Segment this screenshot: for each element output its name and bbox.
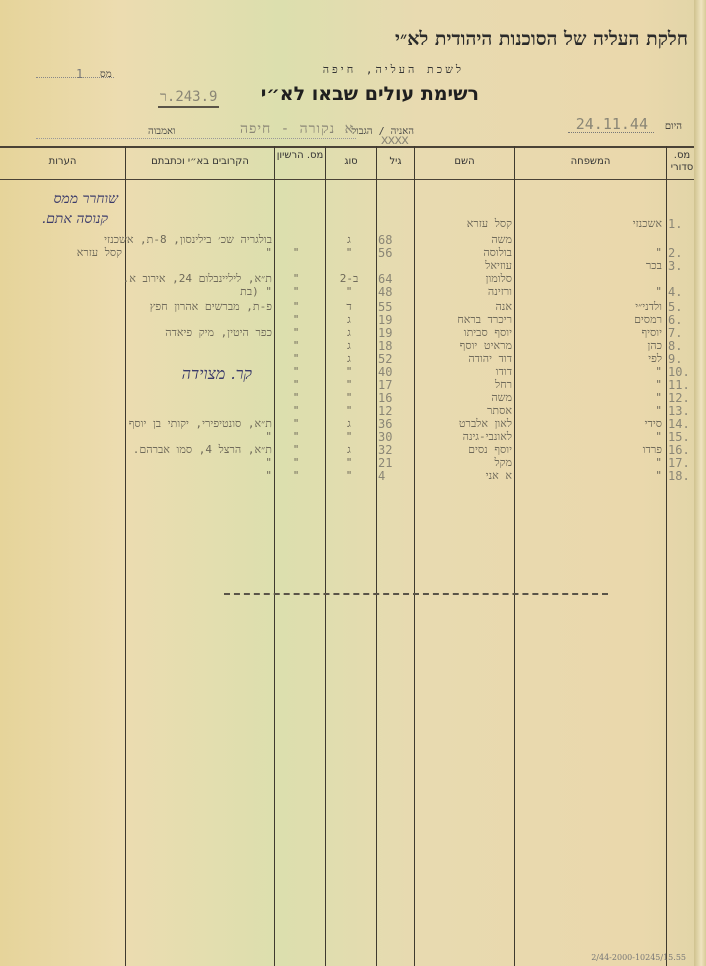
- cell-relatives: כפר היטין, מיק פיאדה: [80, 327, 272, 339]
- cell-serial: 12.: [668, 392, 696, 404]
- cell-license: ": [276, 379, 316, 391]
- cell-age: 55: [378, 301, 408, 313]
- cell-serial: 8.: [668, 340, 696, 352]
- col-divider: [514, 146, 515, 966]
- cell-family: רמסים: [516, 314, 662, 326]
- cell-age: 68: [378, 234, 408, 246]
- cell-age: 18: [378, 340, 408, 352]
- cell-family: סידי: [516, 418, 662, 430]
- cell-license: ": [276, 366, 316, 378]
- cell-age: 48: [378, 286, 408, 298]
- cell-name: לאון אלברט: [418, 418, 512, 430]
- cell-name: דוד יהודה: [418, 353, 512, 365]
- cell-name: אסתר: [418, 405, 512, 417]
- cell-family: ": [516, 405, 662, 417]
- cell-age: 4: [378, 470, 408, 482]
- cell-name: יוסף נסים: [418, 444, 512, 456]
- cell-type: ב-2: [327, 273, 371, 285]
- cell-name: בולוסה: [418, 247, 512, 259]
- cell-age: 19: [378, 327, 408, 339]
- port-value: א נקורה - חיפה: [240, 121, 354, 138]
- cell-relatives: ת״א, ליליינבלום 24, אירוב א.: [80, 273, 272, 285]
- cell-name: א אני: [418, 470, 512, 482]
- table-header-border: [0, 179, 696, 180]
- cell-name: משה: [418, 234, 512, 246]
- col-divider: [274, 146, 275, 966]
- cell-name: מקל: [418, 457, 512, 469]
- cell-age: 16: [378, 392, 408, 404]
- cell-name: מראיט יוסף: [418, 340, 512, 352]
- cell-serial: 16.: [668, 444, 696, 456]
- cell-license: ": [276, 392, 316, 404]
- cell-family: לפי: [516, 353, 662, 365]
- header-age: גיל: [377, 156, 414, 168]
- archive-code: 2/44-2000-10245/15.55: [591, 953, 686, 962]
- list-number-value: 1: [76, 67, 83, 81]
- cell-name: לאונבי-גינה: [418, 431, 512, 443]
- cell-serial: 17.: [668, 457, 696, 469]
- cell-license: ": [276, 457, 316, 469]
- end-of-list-line: [224, 593, 608, 595]
- header-family: המשפחה: [515, 156, 666, 168]
- header-name: השם: [415, 156, 514, 168]
- table-top-border: [0, 146, 696, 148]
- cell-license: ": [276, 444, 316, 456]
- cell-family: ": [516, 247, 662, 259]
- cell-license: ": [276, 340, 316, 352]
- header-license: מס. הרשיון: [275, 150, 325, 162]
- cell-family: ": [516, 457, 662, 469]
- col-divider: [325, 146, 326, 966]
- cell-license: ": [276, 431, 316, 443]
- cell-relatives: ": [80, 470, 272, 482]
- cell-name: ורזינה: [418, 286, 512, 298]
- cell-name: עוזיאל: [418, 260, 512, 272]
- list-number-label: מס: [100, 69, 112, 80]
- cell-relatives: פ-ת, מברשים אהרון חפץ: [80, 301, 272, 313]
- document-page: חלקת העליה של הסוכנות היהודית לא״י לשכת …: [0, 0, 696, 966]
- cell-type: ג: [327, 234, 371, 246]
- cell-family: ולדני״י: [516, 301, 662, 313]
- cell-name: קסל עזרא: [418, 218, 512, 230]
- cell-serial: 6.: [668, 314, 696, 326]
- cell-family: ": [516, 392, 662, 404]
- handwritten-note-kibbutz: קר. מצוידה: [182, 364, 252, 384]
- cell-type: ": [327, 405, 371, 417]
- cell-age: 40: [378, 366, 408, 378]
- cell-relatives: ": [80, 431, 272, 443]
- cell-age: 17: [378, 379, 408, 391]
- cell-serial: 2.: [668, 247, 696, 259]
- cell-family: ": [516, 366, 662, 378]
- cell-serial: 5.: [668, 301, 696, 313]
- cell-license: ": [276, 273, 316, 285]
- page-binding-edge: [694, 0, 706, 966]
- cell-notes: קסל עזרא: [2, 247, 122, 259]
- cell-type: ג: [327, 353, 371, 365]
- cell-name: רחל: [418, 379, 512, 391]
- immigrants-table: מס. סדורי המשפחה השם גיל סוג מס. הרשיון …: [0, 146, 696, 966]
- handwritten-note-line1: שוחרר ממס: [53, 191, 118, 208]
- document-title: רשימת עולים שבאו לא״י: [261, 83, 479, 105]
- cell-serial: 11.: [668, 379, 696, 391]
- cell-age: 30: [378, 431, 408, 443]
- cell-license: ": [276, 470, 316, 482]
- cell-type: ": [327, 392, 371, 404]
- header-serial: מס. סדורי: [667, 150, 697, 174]
- header-relatives: הקרובים בא״י וכתבתם: [126, 156, 274, 168]
- cell-family: ": [516, 286, 662, 298]
- ship-underline: [36, 138, 356, 139]
- header-type: סוג: [326, 156, 376, 168]
- cell-type: ג: [327, 444, 371, 456]
- cell-serial: 13.: [668, 405, 696, 417]
- cell-serial: 1.: [668, 218, 696, 230]
- cell-age: 56: [378, 247, 408, 259]
- cell-relatives: בולגריה שכ׳ בילינסון, 8-ת, אשכנזי: [80, 234, 272, 246]
- col-divider: [666, 146, 667, 966]
- cell-family: פרדו: [516, 444, 662, 456]
- cell-name: סלומון: [418, 273, 512, 285]
- cell-family: כהן: [516, 340, 662, 352]
- cell-relatives: ת״א, סונטיפירי, יקותי בן יוסף: [80, 418, 272, 430]
- cell-license: ": [276, 353, 316, 365]
- cell-type: ": [327, 366, 371, 378]
- cell-serial: 10.: [668, 366, 696, 378]
- cell-age: 21: [378, 457, 408, 469]
- cell-serial: 15.: [668, 431, 696, 443]
- cell-serial: 14.: [668, 418, 696, 430]
- cell-license: ": [276, 314, 316, 326]
- date-value: 24.11.44: [576, 115, 648, 133]
- cell-license: ": [276, 286, 316, 298]
- col-divider: [414, 146, 415, 966]
- cell-license: ": [276, 418, 316, 430]
- cell-age: 64: [378, 273, 408, 285]
- cell-relatives: ": [80, 457, 272, 469]
- cell-age: 32: [378, 444, 408, 456]
- reference-number: 243.9.ר: [158, 89, 219, 108]
- cell-relatives: " (בת: [80, 286, 272, 298]
- cell-type: ג: [327, 418, 371, 430]
- cell-serial: 3.: [668, 260, 696, 272]
- cell-family: יוסיף: [516, 327, 662, 339]
- cell-age: 36: [378, 418, 408, 430]
- cell-license: ": [276, 247, 316, 259]
- cell-type: ג: [327, 314, 371, 326]
- cell-type: ג: [327, 327, 371, 339]
- col-divider: [125, 146, 126, 966]
- date-underline: [568, 132, 654, 133]
- cell-serial: 4.: [668, 286, 696, 298]
- cell-age: 52: [378, 353, 408, 365]
- cell-family: בכר: [516, 260, 662, 272]
- cell-serial: 7.: [668, 327, 696, 339]
- ship-label: ואמבוה: [148, 126, 176, 137]
- col-divider: [376, 146, 377, 966]
- header-notes: הערות: [0, 156, 125, 168]
- cell-type: ": [327, 247, 371, 259]
- cell-type: ": [327, 457, 371, 469]
- cell-name: דודו: [418, 366, 512, 378]
- cell-age: 12: [378, 405, 408, 417]
- cell-age: 19: [378, 314, 408, 326]
- cell-serial: 18.: [668, 470, 696, 482]
- date-label: היום: [665, 121, 682, 132]
- cell-type: ג: [327, 340, 371, 352]
- organization-heading: חלקת העליה של הסוכנות היהודית לא״י: [395, 28, 688, 51]
- office-subheading: לשכת העליה, חיפה: [323, 63, 464, 76]
- cell-relatives: ת״א, הרצל 4, סמו אברהם.: [80, 444, 272, 456]
- cell-type: ": [327, 431, 371, 443]
- cell-name: אנה: [418, 301, 512, 313]
- cell-license: ": [276, 327, 316, 339]
- cell-name: ריכרד בראח: [418, 314, 512, 326]
- cell-serial: 9.: [668, 353, 696, 365]
- cell-type: ד: [327, 301, 371, 313]
- cell-family: ": [516, 431, 662, 443]
- cell-license: ": [276, 405, 316, 417]
- cell-family: אשכנזי: [516, 218, 662, 230]
- cell-name: משה: [418, 392, 512, 404]
- cell-family: ": [516, 470, 662, 482]
- cell-type: ": [327, 286, 371, 298]
- cell-type: ": [327, 379, 371, 391]
- cell-license: ": [276, 301, 316, 313]
- cell-type: ": [327, 470, 371, 482]
- cell-name: יוסף סביתו: [418, 327, 512, 339]
- cell-family: ": [516, 379, 662, 391]
- handwritten-note-line2: קנוסה אתם.: [42, 211, 108, 228]
